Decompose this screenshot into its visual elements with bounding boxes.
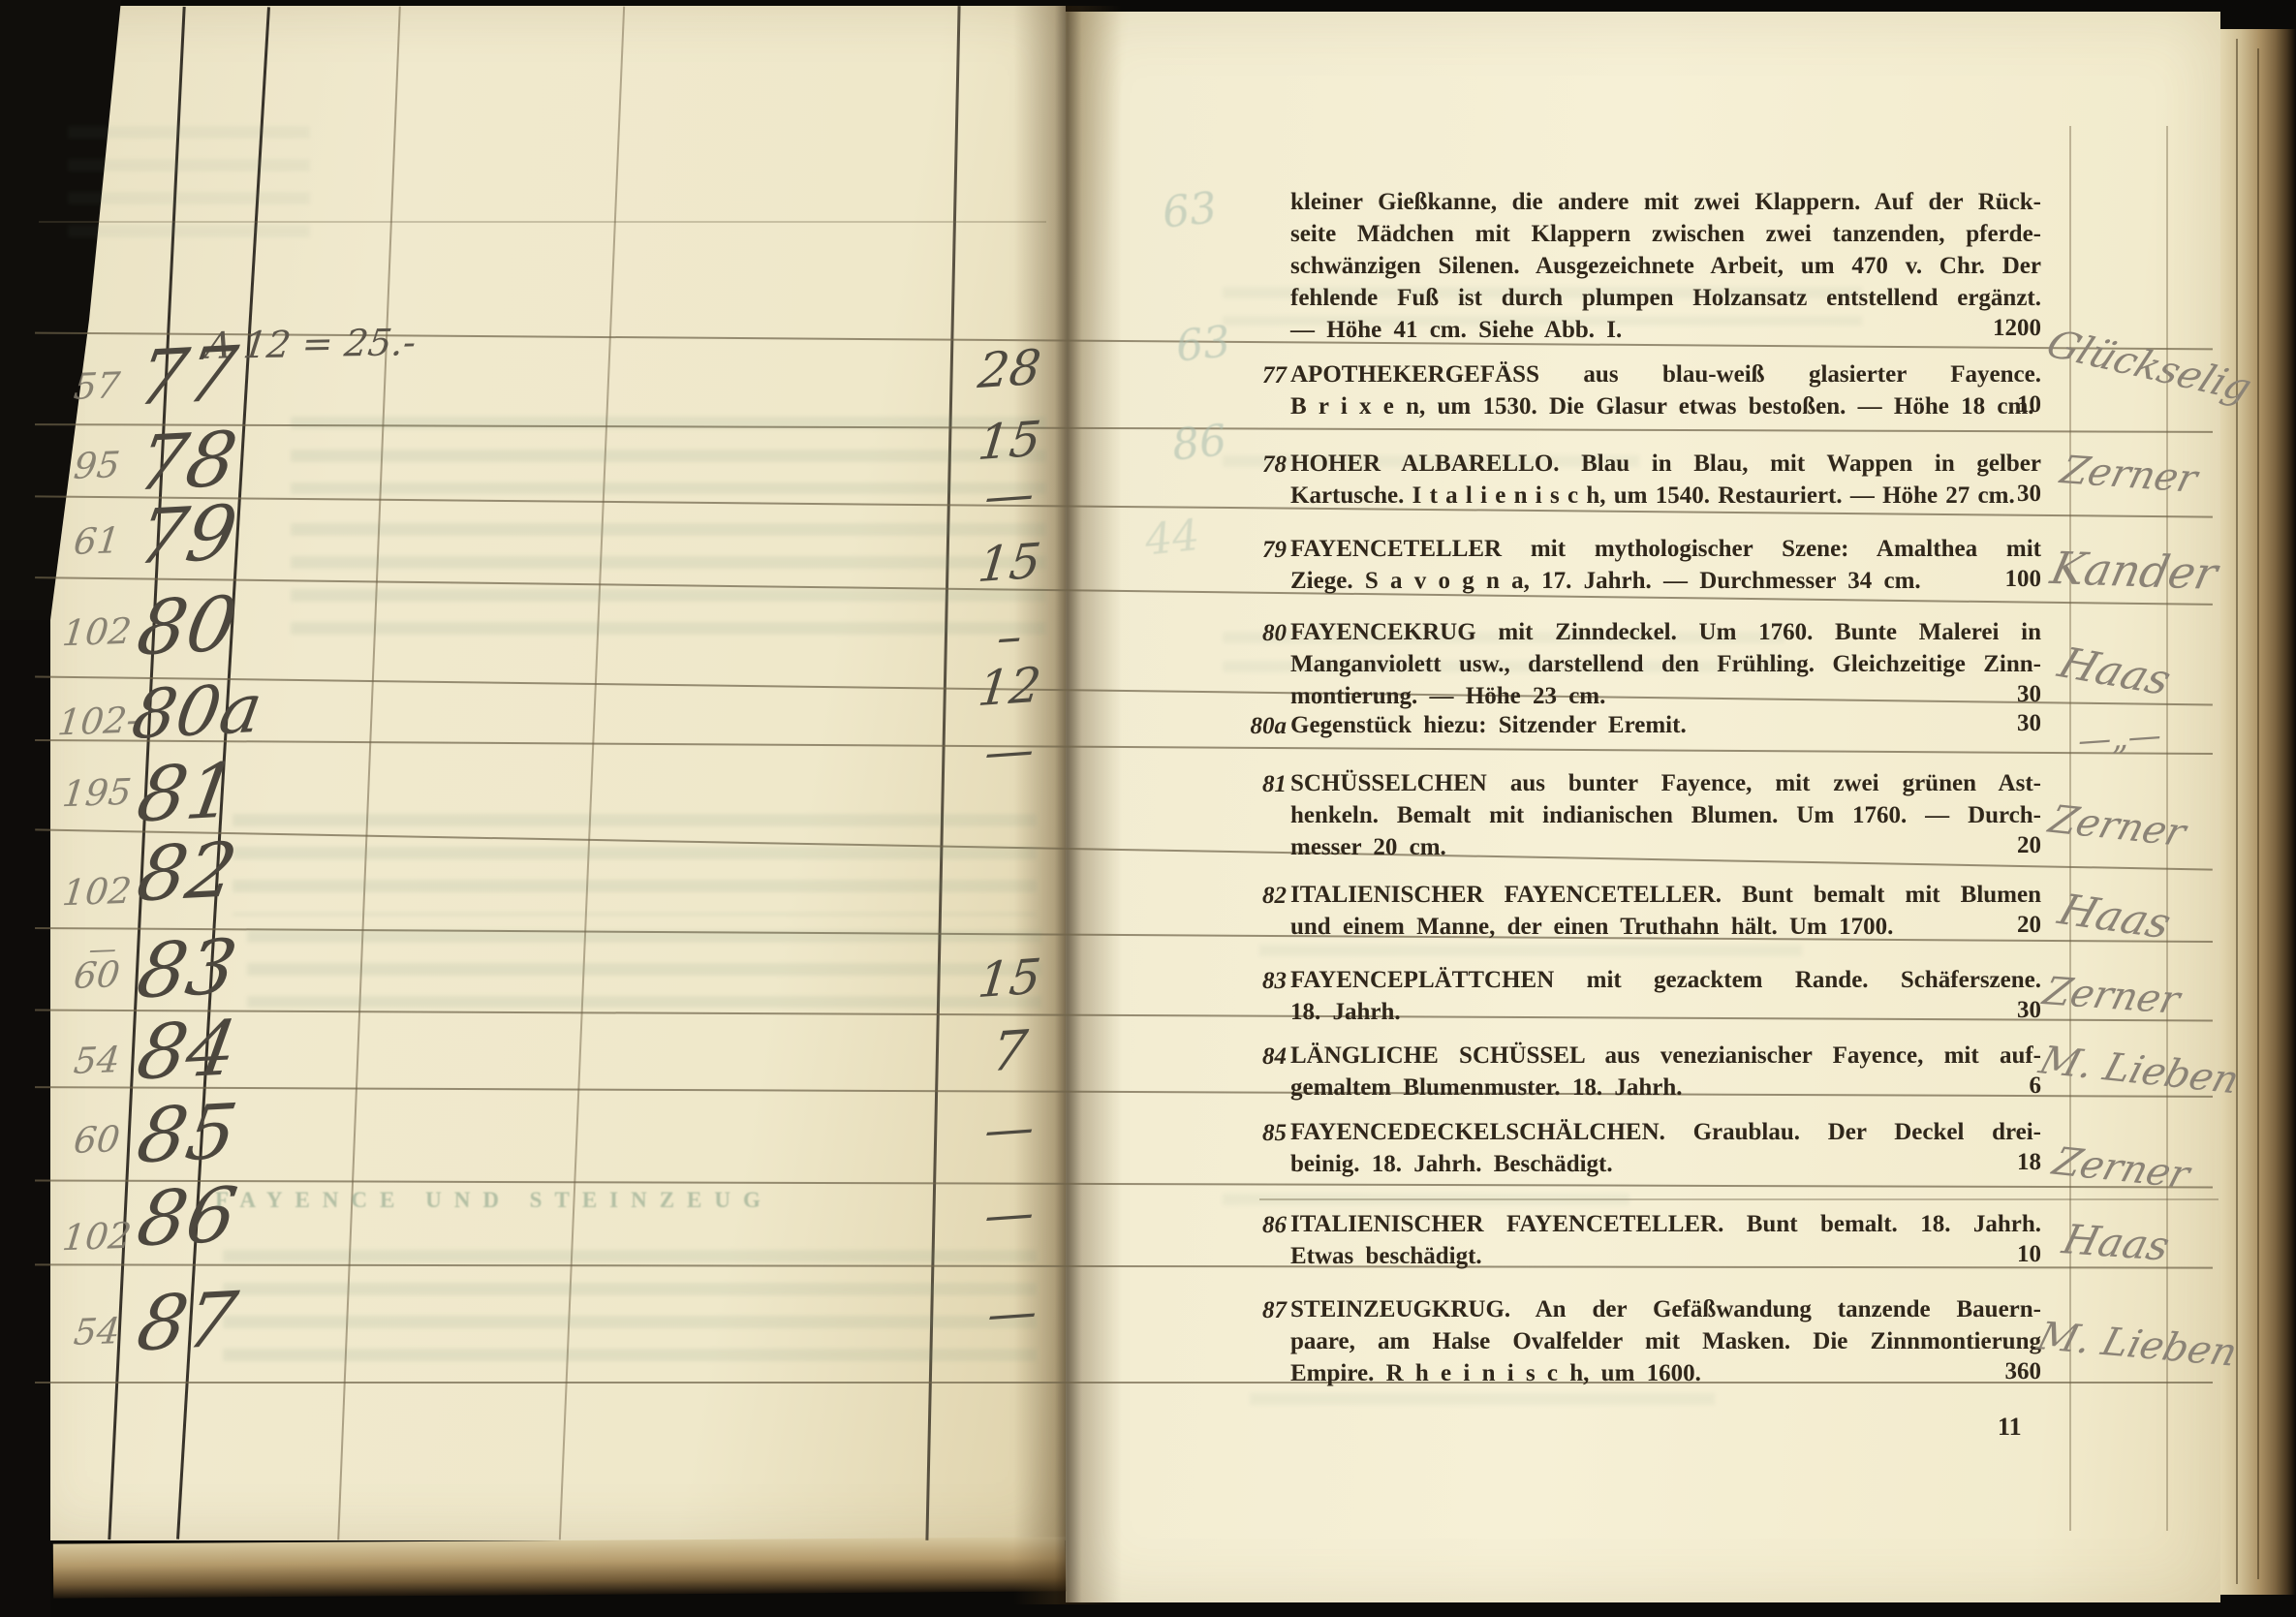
entry-line: FAYENCEPLÄTTCHEN mit gezacktem Rande. Sc… <box>1290 964 2041 996</box>
lot-number-handwritten: 85 <box>127 1094 247 1175</box>
price: 30 <box>2017 678 2041 710</box>
bleed-through <box>68 126 310 242</box>
entry-line: beinig. 18. Jahrh. Beschädigt. <box>1290 1148 2041 1180</box>
ditto-mark: —„— <box>2077 719 2162 758</box>
catalog-entry-86: 86 ITALIENISCHER FAYENCETELLER. Bunt bem… <box>1246 1208 2041 1272</box>
price: 20 <box>2017 829 2041 861</box>
bleed-heading: FAYENCE UND STEINZEUG <box>215 1188 773 1213</box>
auction-value: — <box>966 724 1053 778</box>
ref-number: 95 <box>56 447 138 485</box>
lot-number-handwritten: 80a <box>128 675 246 749</box>
auction-value: 12 <box>966 660 1053 714</box>
ghost-number: 63 <box>1160 183 1219 238</box>
ref-number: 102 <box>56 1218 138 1257</box>
catalog-entry-87: 87 STEINZEUGKRUG. An der Gefäßwandung ta… <box>1246 1293 2041 1389</box>
entry-line: Kartusche. I t a l i e n i s c h, um 154… <box>1290 480 2041 512</box>
ref-number: 54 <box>56 1042 138 1080</box>
bleed-through <box>1259 945 1802 966</box>
lot-number-handwritten: 84 <box>127 1011 247 1092</box>
ref-number: 195 <box>56 774 138 813</box>
bleed-through <box>247 930 1041 1008</box>
catalog-entry-81: 81 SCHÜSSELCHEN aus bunter Fayence, mit … <box>1246 767 2041 863</box>
entry-line: seite Mädchen mit Klappern zwischen zwei… <box>1290 218 2041 250</box>
ref-number: 102- <box>56 702 138 741</box>
auction-value: — <box>951 1285 1073 1341</box>
lot-number: 81 <box>1246 768 1287 800</box>
lot-number-handwritten: 83 <box>127 929 247 1011</box>
entry-line: STEINZEUGKRUG. An der Gefäßwandung tanze… <box>1290 1293 2041 1325</box>
ghost-number: 86 <box>1169 416 1228 471</box>
ghost-number: 44 <box>1142 511 1201 566</box>
scanned-catalog-spread: FAYENCE UND STEINZEUG 63 63 86 44 A 12 =… <box>0 0 2296 1617</box>
bleed-through <box>223 1250 1037 1371</box>
ref-number: 60 <box>56 956 138 995</box>
auction-value: 15 <box>966 536 1053 590</box>
catalog-intro: kleiner Gießkanne, die andere mit zwei K… <box>1290 186 2041 346</box>
entry-line: FAYENCEDECKELSCHÄLCHEN. Graublau. Der De… <box>1290 1116 2041 1148</box>
price: 20 <box>2017 909 2041 941</box>
entry-line: — Höhe 41 cm. Siehe Abb. I. <box>1290 314 2041 346</box>
price: 360 <box>2005 1355 2042 1387</box>
bidder-name-annotation: Kander <box>2047 545 2221 596</box>
entry-line: FAYENCETELLER mit mythologischer Szene: … <box>1290 533 2041 565</box>
auction-value: 15 <box>966 951 1053 1006</box>
catalog-entry-85: 85 FAYENCEDECKELSCHÄLCHEN. Graublau. Der… <box>1246 1116 2041 1180</box>
ref-number: 60 <box>56 1121 138 1160</box>
bleed-through <box>233 814 1037 916</box>
bleed-through <box>291 523 1046 649</box>
auction-value: 28 <box>966 342 1053 396</box>
bidder-name-annotation: Zerner <box>2039 972 2184 1019</box>
entry-line: FAYENCEKRUG mit Zinndeckel. Um 1760. Bun… <box>1290 616 2041 648</box>
entry-line: Manganviolett usw., darstellend den Früh… <box>1290 648 2041 680</box>
lot-number: 82 <box>1246 880 1287 912</box>
price: 10 <box>2017 1238 2041 1270</box>
entry-line: LÄNGLICHE SCHÜSSEL aus venezianischer Fa… <box>1290 1040 2041 1072</box>
lot-number: 83 <box>1246 965 1287 997</box>
ref-number: 102 <box>56 873 138 912</box>
auction-value: 7 <box>966 1022 1054 1082</box>
auction-value: — <box>966 1187 1053 1241</box>
auction-value: — <box>966 1102 1053 1156</box>
lot-number: 86 <box>1246 1209 1287 1241</box>
ghost-number: 63 <box>1173 317 1232 372</box>
lot-number: 84 <box>1246 1041 1287 1073</box>
entry-line: ITALIENISCHER FAYENCETELLER. Bunt bemalt… <box>1290 1208 2041 1240</box>
price: 30 <box>2017 478 2041 510</box>
lot-number: 77 <box>1246 359 1287 391</box>
entry-line: und einem Manne, der einen Truthahn hält… <box>1290 911 2041 943</box>
entry-line: messer 20 cm. <box>1290 831 2041 863</box>
lot-number: 80a <box>1246 710 1287 742</box>
ref-number: 57 <box>56 367 138 406</box>
catalog-entry-78: 78 HOHER ALBARELLO. Blau in Blau, mit Wa… <box>1246 448 2041 512</box>
page-number: 11 <box>1998 1413 2022 1442</box>
catalog-entry-84: 84 LÄNGLICHE SCHÜSSEL aus venezianischer… <box>1246 1040 2041 1104</box>
ref-number: 102 <box>56 613 138 652</box>
lot-number-handwritten: 82 <box>127 832 247 914</box>
entry-line: HOHER ALBARELLO. Blau in Blau, mit Wappe… <box>1290 448 2041 480</box>
catalog-entry-80a: 80a Gegenstück hiezu: Sitzender Eremit. … <box>1246 709 2041 741</box>
entry-line: schwänzigen Silenen. Ausgezeichnete Arbe… <box>1290 250 2041 282</box>
bidder-name-annotation: Zerner <box>2057 451 2201 498</box>
lot-number: 80 <box>1246 617 1287 649</box>
entry-line: Gegenstück hiezu: Sitzender Eremit. <box>1290 709 2041 741</box>
lot-number-handwritten: 81 <box>127 753 247 834</box>
price: 30 <box>2017 707 2041 739</box>
entry-line: Ziege. S a v o g n a, 17. Jahrh. — Durch… <box>1290 565 2041 597</box>
entry-line: paare, am Halse Ovalfelder mit Masken. D… <box>1290 1325 2041 1357</box>
entry-line: APOTHEKERGEFÄSS aus blau-weiß glasierter… <box>1290 358 2041 390</box>
auction-value: – <box>966 609 1053 664</box>
entry-line: Etwas beschädigt. <box>1290 1240 2041 1272</box>
bleed-through <box>1250 1393 1715 1420</box>
entry-line: kleiner Gießkanne, die andere mit zwei K… <box>1290 186 2041 218</box>
auction-value: — <box>966 468 1053 522</box>
price: 100 <box>2005 563 2042 595</box>
catalog-entry-77: 77 APOTHEKERGEFÄSS aus blau-weiß glasier… <box>1246 358 2041 422</box>
price: 1200 <box>1993 312 2041 344</box>
price: 18 <box>2017 1146 2041 1178</box>
page-edge-line <box>2257 48 2259 1579</box>
entry-line: montierung. — Höhe 23 cm. <box>1290 680 2041 712</box>
lot-number-handwritten: 79 <box>127 495 247 576</box>
auction-value: 15 <box>966 414 1053 468</box>
ref-number: 54 <box>56 1313 138 1352</box>
catalog-entry-82: 82 ITALIENISCHER FAYENCETELLER. Bunt bem… <box>1246 879 2041 943</box>
entry-line: gemaltem Blumenmuster. 18. Jahrh. <box>1290 1072 2041 1104</box>
catalog-entry-79: 79 FAYENCETELLER mit mythologischer Szen… <box>1246 533 2041 597</box>
catalog-entry-83: 83 FAYENCEPLÄTTCHEN mit gezacktem Rande.… <box>1246 964 2041 1028</box>
bleed-through <box>291 417 1046 494</box>
lot-number-handwritten: 86 <box>127 1177 247 1259</box>
entry-line: henkeln. Bemalt mit indianischen Blumen.… <box>1290 799 2041 831</box>
entry-line: Empire. R h e i n i s c h, um 1600. <box>1290 1357 2041 1389</box>
price: 10 <box>2017 389 2041 420</box>
lot-number-handwritten: 77 <box>127 336 247 418</box>
lot-number-handwritten: 80 <box>127 586 247 668</box>
catalog-entry-80: 80 FAYENCEKRUG mit Zinndeckel. Um 1760. … <box>1246 616 2041 712</box>
bottom-page-edges <box>53 1537 1066 1598</box>
entry-line: 18. Jahrh. <box>1290 996 2041 1028</box>
lot-number: 78 <box>1246 449 1287 481</box>
entry-line: B r i x e n, um 1530. Die Glasur etwas b… <box>1290 390 2041 422</box>
price: 30 <box>2017 994 2041 1026</box>
lot-number: 87 <box>1246 1294 1287 1326</box>
entry-line: ITALIENISCHER FAYENCETELLER. Bunt bemalt… <box>1290 879 2041 911</box>
ref-number: 61 <box>56 522 138 561</box>
lot-number: 85 <box>1246 1117 1287 1149</box>
lot-number-handwritten: 87 <box>127 1282 247 1363</box>
lot-number: 79 <box>1246 534 1287 566</box>
entry-line: SCHÜSSELCHEN aus bunter Fayence, mit zwe… <box>1290 767 2041 799</box>
entry-line: fehlende Fuß ist durch plumpen Holzansat… <box>1290 282 2041 314</box>
bidder-name-annotation: Haas <box>2059 1220 2173 1267</box>
